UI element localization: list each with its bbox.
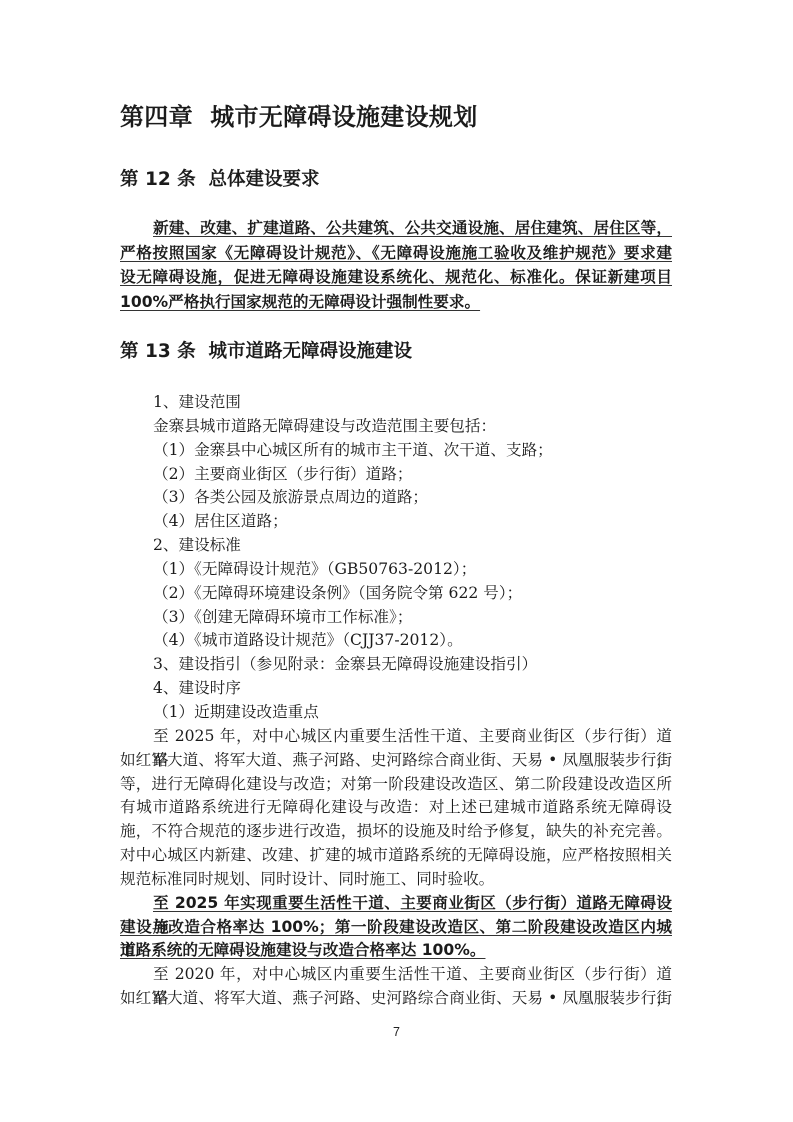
paragraph-line: 有城市道路系统进行无障碍化建设与改造：对上述已建城市道路系统无障碍设 [120,796,672,820]
standards-item: （3）《创建无障碍环境市工作标准》； [120,606,672,630]
paragraph-line: 道路系统的无障碍设施建设与改造合格率达 100%。 [120,939,672,963]
paragraph-line: 施，不符合规范的逐步进行改造，损坏的设施及时给予修复，缺失的补充完善。 [120,820,672,844]
article-13-heading: 第 13 条 城市道路无障碍设施建设 [120,340,672,364]
paragraph-2025-target: 至 2025 年实现重要生活性干道、主要商业街区（步行街）道路无障碍设施 建设与… [120,892,672,964]
paragraph-2025-plan: 至 2025 年，对中心城区内重要生活性干道、主要商业街区（步行街）道路， 如红… [120,725,672,892]
scope-item: （4）居住区道路； [120,510,672,534]
paragraph-2020-plan: 至 2020 年，对中心城区内重要生活性干道、主要商业街区（步行街）道路， 如红… [120,963,672,1011]
sequence-title: 4、建设时序 [120,677,672,701]
scope-item: （3）各类公园及旅游景点周边的道路； [120,486,672,510]
paragraph-line: 至 2020 年，对中心城区内重要生活性干道、主要商业街区（步行街）道路， [120,963,672,987]
paragraph-line: 建设与改造合格率达 100%；第一阶段建设改造区、第二阶段建设改造区内城市 [120,916,672,940]
paragraph-line: 100%严格执行国家规范的无障碍设计强制性要求。 [120,290,672,315]
sequence-subtitle: （1）近期建设改造重点 [120,701,672,725]
paragraph-line: 等，进行无障碍化建设与改造；对第一阶段建设改造区、第二阶段建设改造区所 [120,773,672,797]
article-13-body: 1、建设范围 金寨县城市道路无障碍建设与改造范围主要包括： （1）金寨县中心城区… [120,391,672,1011]
page-number: 7 [0,1024,793,1040]
paragraph-line: 新建、改建、扩建道路、公共建筑、公共交通设施、居住建筑、居住区等， [120,216,672,241]
paragraph-line: 严格按照国家《无障碍设计规范》、《无障碍设施施工验收及维护规范》要求建 [120,241,672,266]
scope-item: （2）主要商业街区（步行街）道路； [120,463,672,487]
paragraph-line: 至 2025 年实现重要生活性干道、主要商业街区（步行街）道路无障碍设施 [120,892,672,916]
paragraph-line: 设无障碍设施，促进无障碍设施建设系统化、规范化、标准化。保证新建项目 [120,265,672,290]
paragraph-line: 对中心城区内新建、改建、扩建的城市道路系统的无障碍设施，应严格按照相关 [120,844,672,868]
paragraph-line: 规范标准同时规划、同时设计、同时施工、同时验收。 [120,868,672,892]
paragraph-line: 如红军大道、将军大道、燕子河路、史河路综合商业街、天易 • 凤凰服装步行街 [120,987,672,1011]
paragraph-line: 如红军大道、将军大道、燕子河路、史河路综合商业街、天易 • 凤凰服装步行街 [120,749,672,773]
scope-item: （1）金寨县中心城区所有的城市主干道、次干道、支路； [120,439,672,463]
paragraph-line: 至 2025 年，对中心城区内重要生活性干道、主要商业街区（步行街）道路， [120,725,672,749]
scope-intro: 金寨县城市道路无障碍建设与改造范围主要包括： [120,415,672,439]
standards-item: （4）《城市道路设计规范》（CJJ37-2012）。 [120,629,672,653]
standards-item: （1）《无障碍设计规范》（GB50763-2012）； [120,558,672,582]
article-12-paragraph: 新建、改建、扩建道路、公共建筑、公共交通设施、居住建筑、居住区等， 严格按照国家… [120,216,672,315]
article-12-heading: 第 12 条 总体建设要求 [120,168,672,192]
standards-title: 2、建设标准 [120,534,672,558]
scope-title: 1、建设范围 [120,391,672,415]
document-page: 第四章 城市无障碍设施建设规划 第 12 条 总体建设要求 新建、改建、扩建道路… [0,0,793,1122]
standards-item: （2）《无障碍环境建设条例》（国务院令第 622 号）； [120,582,672,606]
chapter-title: 第四章 城市无障碍设施建设规划 [120,102,672,132]
guide-title: 3、建设指引（参见附录：金寨县无障碍设施建设指引） [120,653,672,677]
